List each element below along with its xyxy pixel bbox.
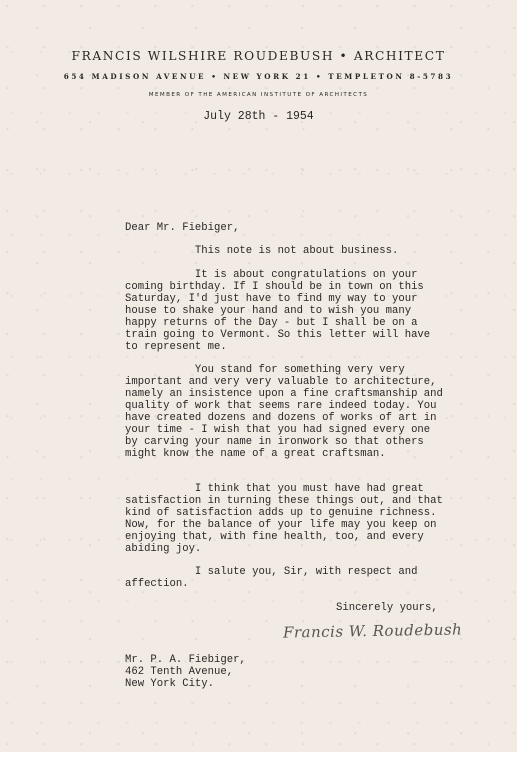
letterhead-name: FRANCIS WILSHIRE ROUDEBUSH • ARCHITECT (0, 49, 517, 63)
letterhead-membership: MEMBER OF THE AMERICAN INSTITUTE OF ARCH… (0, 92, 517, 98)
paragraph-4: I think that you must have had great sat… (125, 483, 443, 555)
paragraph-2: It is about congratulations on your comi… (125, 269, 430, 353)
letter-date: July 28th - 1954 (0, 110, 517, 123)
salutation: Dear Mr. Fiebiger, (125, 222, 239, 234)
closing: Sincerely yours, (336, 602, 438, 614)
paragraph-3: You stand for something very very import… (125, 364, 443, 460)
paragraph-5: I salute you, Sir, with respect and affe… (125, 566, 417, 590)
letterhead-address: 654 MADISON AVENUE • NEW YORK 21 • TEMPL… (0, 72, 517, 81)
letter-paper: FRANCIS WILSHIRE ROUDEBUSH • ARCHITECT 6… (0, 0, 517, 752)
recipient-address: Mr. P. A. Fiebiger, 462 Tenth Avenue, Ne… (125, 654, 246, 690)
paragraph-1: This note is not about business. (125, 245, 398, 257)
handwritten-signature: Francis W. Roudebush (283, 620, 463, 641)
